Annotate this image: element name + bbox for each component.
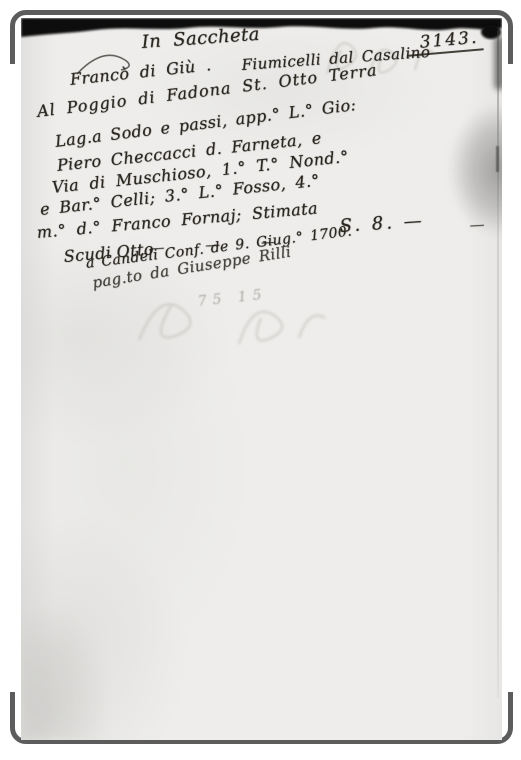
frame-gap-left: [7, 64, 19, 692]
frame-gap-right: [504, 64, 517, 692]
amount-dash-end: —: [469, 215, 485, 234]
paper-shading: [21, 610, 107, 740]
page-fold-mark: [496, 146, 499, 172]
scanned-manuscript-viewer: In Saccheta 3143. Francò di Giù . Fiumic…: [0, 0, 521, 760]
manuscript-page: In Saccheta 3143. Francò di Giù . Fiumic…: [21, 18, 502, 740]
ink-smudge-stain: [429, 86, 502, 254]
page-fold-line: [497, 30, 499, 698]
